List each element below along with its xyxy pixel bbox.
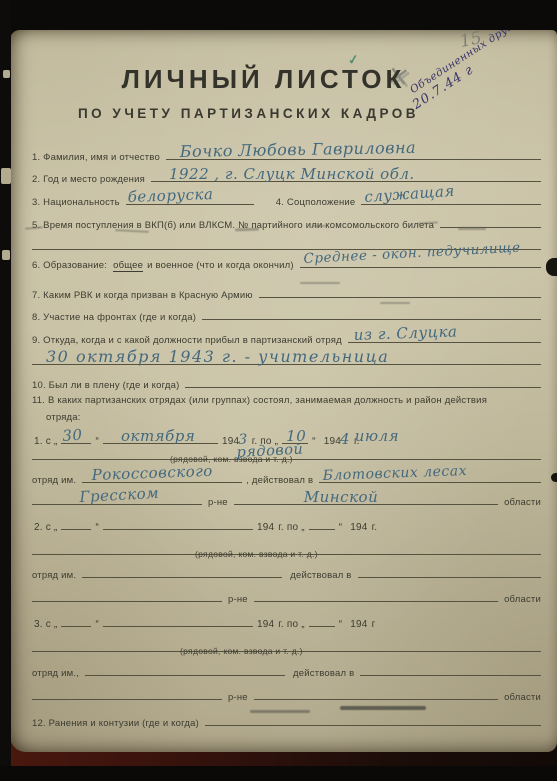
- scanned-document: 15 Объединенных дружин 20.7.44 г ✓ ✕ ЛИЧ…: [0, 0, 557, 781]
- unit-line: [85, 664, 285, 676]
- year-printed: 194: [257, 522, 274, 533]
- service2-unit: отряд им. действовал в: [32, 566, 541, 581]
- year-suffix: г. по „: [278, 522, 304, 533]
- acted-label: действовал в: [290, 570, 351, 581]
- handwritten-value: 1922 , г. Слуцк Минской обл.: [169, 165, 415, 183]
- district-label: р-не: [208, 497, 228, 508]
- field-rvk: 7. Каким РВК и когда призван в Красную А…: [32, 286, 541, 301]
- field-surname: 1. Фамилия, имя и отчество Бочко Любовь …: [32, 148, 541, 163]
- field-line: 30 октября 1943 г. - учительница: [32, 353, 541, 365]
- day-line: 30: [61, 432, 91, 444]
- district-line: Гресском: [32, 493, 202, 505]
- field-birth: 2. Год и место рождения 1922 , г. Слуцк …: [32, 170, 541, 185]
- field-captivity: 10. Был ли в плену (где и когда): [32, 376, 541, 391]
- scan-edge-bottom: [0, 766, 557, 781]
- field-line: [185, 376, 541, 388]
- handwritten-year-digit: 4: [340, 430, 350, 448]
- handwritten-unit: Рокоссовского: [92, 462, 214, 484]
- page-title: ЛИЧНЫЙ ЛИСТОК: [10, 64, 517, 95]
- field-label-underlined: общее: [113, 260, 143, 272]
- service1-unit: отряд им. Рокоссовского , действовал в Б…: [32, 471, 541, 486]
- service2-district: р-не области: [32, 590, 541, 605]
- service3-unit: отряд им., действовал в: [32, 664, 541, 679]
- field-label: 3. Национальность: [32, 197, 120, 208]
- year-suffix: г.: [372, 522, 378, 533]
- quote-mark: “: [339, 619, 343, 630]
- field-label: 8. Участие на фронтах (где и когда): [32, 312, 196, 323]
- field-line: белоруска: [126, 193, 254, 205]
- field-line: [205, 714, 541, 726]
- field-line: 1922 , г. Слуцк Минской обл.: [151, 170, 541, 182]
- handwritten-value: из г. Слуцка: [353, 322, 457, 344]
- handwritten-district: Гресском: [79, 484, 159, 506]
- service1-district: Гресском р-не Минской области: [32, 493, 541, 508]
- ink-blob: [546, 258, 557, 276]
- district-line: [32, 590, 222, 602]
- quote-mark: “: [312, 436, 316, 447]
- unit-label: отряд им.: [32, 475, 76, 486]
- ink-smudge: [340, 706, 426, 710]
- day-line: [61, 615, 91, 627]
- acted-label: , действовал в: [246, 475, 313, 486]
- service3-district: р-не области: [32, 688, 541, 703]
- position-hint: (рядовой, ком. взвода и т. д.): [180, 646, 303, 656]
- field-line: служащая: [361, 193, 541, 205]
- district-label: р-не: [228, 692, 248, 703]
- field-label-pre: 6. Образование:: [32, 260, 107, 271]
- date-prefix: 3. с „: [34, 619, 57, 630]
- year-printed: 194: [350, 522, 367, 533]
- handwritten-region: Минской: [304, 488, 378, 506]
- unit-line: Рокоссовского: [82, 471, 242, 483]
- region-line: [254, 688, 498, 700]
- month-line: октября: [103, 432, 218, 444]
- acted-line: [360, 664, 541, 676]
- year-printed: 194: [257, 619, 274, 630]
- page-subtitle: ПО УЧЕТУ ПАРТИЗАНСКИХ КАДРОВ: [10, 106, 487, 121]
- unit-line: [82, 566, 282, 578]
- field-arrival-line2: 30 октября 1943 г. - учительница: [32, 353, 541, 365]
- pencil-smudge: [115, 229, 149, 233]
- field-label: 2. Год и место рождения: [32, 174, 145, 185]
- field-line: из г. Слуцка: [348, 331, 541, 343]
- quote-mark: “: [95, 436, 99, 447]
- field-line: Среднее - окон. педучилище: [300, 256, 541, 268]
- year-printed: 194: [350, 619, 367, 630]
- day-line: [309, 615, 335, 627]
- acted-line: [358, 566, 541, 578]
- handwritten-month: октября: [121, 427, 195, 445]
- day-line: [309, 518, 335, 530]
- field-education: 6. Образование: общее и военное (что и к…: [32, 256, 541, 272]
- district-line: [32, 688, 222, 700]
- field-label: 12. Ранения и контузии (где и когда): [32, 718, 199, 729]
- ink-smudge: [250, 710, 310, 713]
- pencil-smudge: [300, 282, 340, 284]
- quote-mark: “: [95, 619, 99, 630]
- handwritten-area: Блотовских лесах: [323, 463, 468, 484]
- region-line: [254, 590, 498, 602]
- date-prefix: 2. с „: [34, 522, 57, 533]
- region-label: области: [504, 692, 541, 703]
- pencil-smudge: [312, 225, 326, 227]
- month-line: [103, 615, 253, 627]
- district-label: р-не: [228, 594, 248, 605]
- field-arrival: 9. Откуда, когда и с какой должности при…: [32, 331, 541, 346]
- field-wounds: 12. Ранения и контузии (где и когда): [32, 714, 541, 729]
- field-label: 7. Каким РВК и когда призван в Красную А…: [32, 290, 253, 301]
- heading-line1: 11. В каких партизанских отрядах (или гр…: [32, 392, 541, 409]
- date-prefix: 1. с „: [34, 436, 57, 447]
- field-label: 10. Был ли в плену (где и когда): [32, 380, 179, 391]
- form-page: 15 Объединенных дружин 20.7.44 г ✓ ✕ ЛИЧ…: [10, 30, 557, 752]
- position-hint: (рядовой, ком. взвода и т. д.): [195, 549, 318, 559]
- field-label: 9. Откуда, когда и с какой должности при…: [32, 335, 342, 346]
- book-binding-edge: [0, 0, 11, 781]
- field-label: 5. Время поступления в ВКП(б) или ВЛКСМ.…: [32, 220, 434, 231]
- field-line: [259, 286, 541, 298]
- unit-label: отряд им.: [32, 570, 76, 581]
- handwritten-value: белоруска: [127, 185, 213, 206]
- unit-label: отряд им.,: [32, 668, 79, 679]
- pencil-smudge: [380, 302, 410, 304]
- field-nationality-social: 3. Национальность белоруска 4. Соцположе…: [32, 193, 541, 208]
- torn-paper-bit: [1, 168, 11, 184]
- service3-dates: 3. с „ “ 194 г. по „ “ 194 г: [32, 615, 541, 630]
- quote-mark: “: [95, 522, 99, 533]
- field-units-heading: 11. В каких партизанских отрядах (или гр…: [32, 392, 541, 426]
- region-label: области: [504, 497, 541, 508]
- handwritten-value: 30 октября 1943 г. - учительница: [46, 347, 389, 366]
- field-line: [202, 308, 541, 320]
- field-fronts: 8. Участие на фронтах (где и когда): [32, 308, 541, 323]
- heading-line2: отряда:: [46, 409, 541, 426]
- handwritten-value: служащая: [364, 182, 456, 206]
- handwritten-value: Бочко Любовь Гавриловна: [180, 138, 417, 161]
- ink-blob: [551, 473, 557, 482]
- acted-label: действовал в: [293, 668, 354, 679]
- region-line: Минской: [234, 493, 498, 505]
- month-line: [103, 518, 253, 530]
- pencil-smudge: [458, 227, 486, 230]
- field-line: Бочко Любовь Гавриловна: [166, 148, 541, 160]
- handwritten-month: июля: [355, 427, 399, 445]
- service2-dates: 2. с „ “ 194 г. по „ “ 194 г.: [32, 518, 541, 533]
- year-suffix: г. по „: [278, 619, 304, 630]
- field-line: [440, 216, 541, 228]
- field-label-post: и военное (что и когда окончил): [147, 260, 294, 271]
- scan-edge-top: [0, 0, 557, 30]
- acted-line: Блотовских лесах: [319, 471, 541, 483]
- torn-paper-bit: [3, 70, 10, 78]
- region-label: области: [504, 594, 541, 605]
- handwritten-day: 30: [62, 426, 83, 445]
- year-printed: 194: [324, 436, 341, 447]
- field-label: 4. Соцположение: [276, 197, 356, 208]
- quote-mark: “: [339, 522, 343, 533]
- year-suffix: г: [372, 619, 376, 630]
- torn-paper-bit: [2, 250, 10, 260]
- day-line: [61, 518, 91, 530]
- field-label: 1. Фамилия, имя и отчество: [32, 152, 160, 163]
